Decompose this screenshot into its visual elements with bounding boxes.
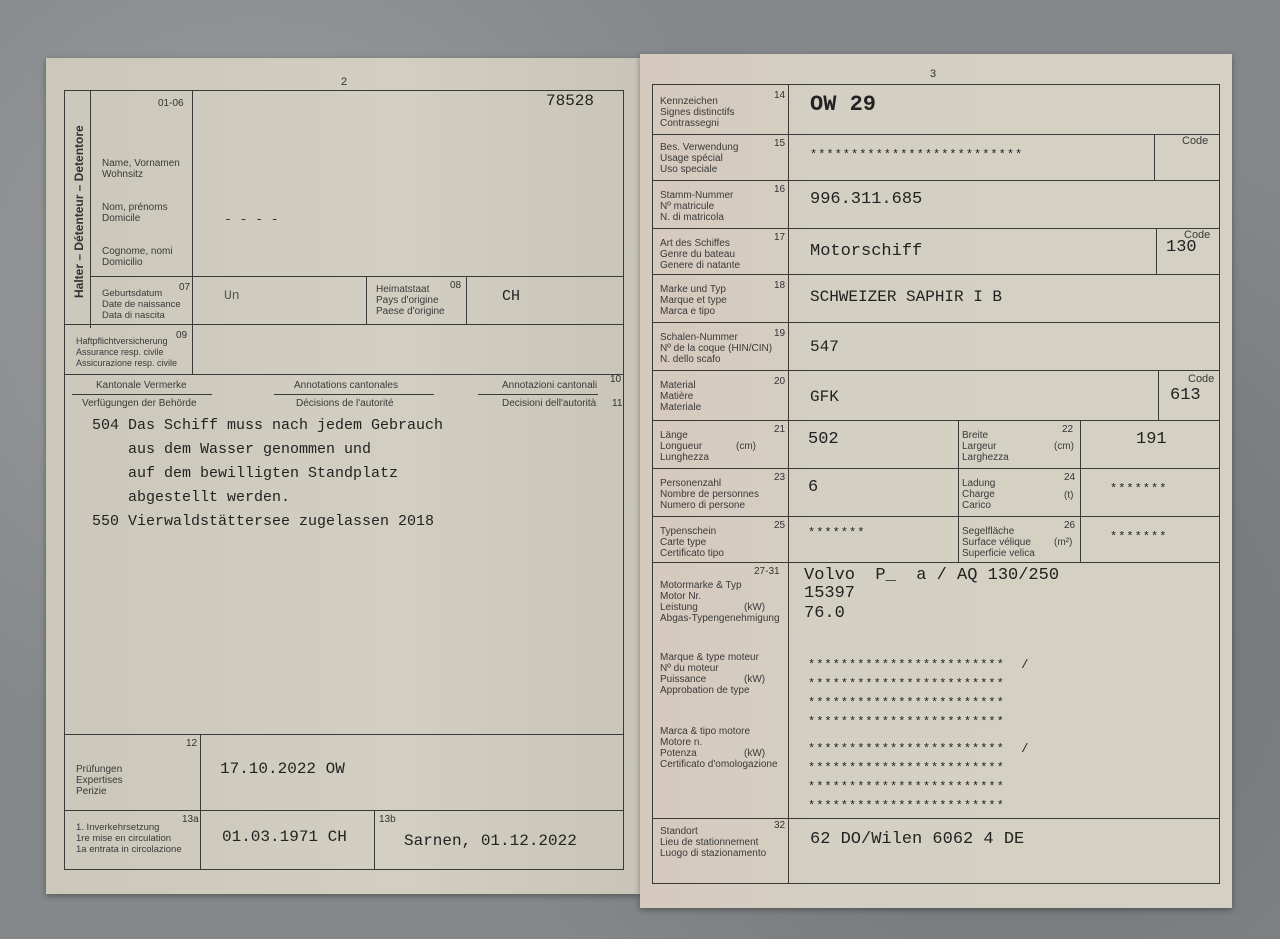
persons-value: 6	[808, 478, 818, 497]
length-label: LängeLongueurLunghezza	[660, 430, 709, 463]
make-type-value: SCHWEIZER SAPHIR I B	[810, 288, 1002, 306]
insurance-label: HaftpflichtversicherungAssurance resp. c…	[76, 336, 177, 369]
engine-make-type: Volvo P_ a / AQ 130/250	[804, 566, 1059, 585]
annotation-line: abgestellt werden.	[92, 486, 443, 510]
master-number-label: Stamm-NummerNº matriculeN. di matricola	[660, 190, 733, 223]
width-label: BreiteLargeurLarghezza	[962, 430, 1009, 463]
registration-label: KennzeichenSignes distinctifsContrassegn…	[660, 96, 734, 129]
record-number: 78528	[546, 92, 594, 110]
load-label: LadungChargeCarico	[962, 478, 995, 511]
first-registration-value: 01.03.1971 CH	[222, 828, 347, 846]
annotation-line: 550 Vierwaldstättersee zugelassen 2018	[92, 510, 443, 534]
width-value: 191	[1136, 430, 1167, 449]
birthdate-label: GeburtsdatumDate de naissanceData di nas…	[102, 288, 181, 321]
type-certificate-label: TypenscheinCarte typeCertificato tipo	[660, 526, 724, 559]
material-label: MaterialMatièreMateriale	[660, 380, 701, 413]
inspections-value: 17.10.2022 OW	[220, 760, 345, 778]
material-code: 613	[1170, 386, 1201, 405]
birthdate-value: Un	[224, 288, 240, 303]
first-registration-label: 1. Inverkehrsetzung1re mise en circulati…	[76, 822, 182, 855]
holder-name-value: - - - -	[224, 212, 279, 227]
boat-type-code: 130	[1166, 238, 1197, 257]
boat-type-label: Art des SchiffesGenre du bateauGenere di…	[660, 238, 740, 271]
origin-label: HeimatstaatPays d'originePaese d'origine	[376, 284, 445, 317]
material-value: GFK	[810, 388, 839, 406]
annotation-line: auf dem bewilligten Standplatz	[92, 462, 443, 486]
engine3-values: ************************ / *************…	[808, 740, 1029, 816]
special-use-label: Bes. VerwendungUsage spécialUso speciale	[660, 142, 738, 175]
origin-value: CH	[502, 288, 520, 305]
field-code: 01-06	[158, 98, 184, 109]
right-page: 3 14 KennzeichenSignes distinctifsContra…	[640, 54, 1232, 908]
location-label: StandortLieu de stationnementLuogo di st…	[660, 826, 766, 859]
place-date-value: Sarnen, 01.12.2022	[404, 832, 577, 850]
left-page: 2 Halter – Détenteur – Detentore 01-06 N…	[46, 58, 640, 894]
type-certificate-value: *******	[808, 526, 865, 540]
persons-label: PersonenzahlNombre de personnesNumero di…	[660, 478, 759, 511]
registration-plate: OW 29	[810, 92, 876, 117]
inspections-label: PrüfungenExpertisesPerizie	[76, 764, 123, 797]
hull-number-value: 547	[810, 338, 839, 356]
boat-type-value: Motorschiff	[810, 242, 922, 261]
sail-area-label: SegelflächeSurface véliqueSuperficie vel…	[962, 526, 1035, 559]
annotations-list: 504 Das Schiff muss nach jedem Gebrauch …	[92, 414, 443, 534]
engine-power: 76.0	[804, 604, 845, 623]
annotation-line: 504 Das Schiff muss nach jedem Gebrauch	[92, 414, 443, 438]
holder-section-title: Halter – Détenteur – Detentore	[72, 125, 86, 298]
location-value: 62 DO/Wilen 6062 4 DE	[810, 830, 1024, 849]
sail-area-value: *******	[1110, 530, 1167, 544]
name-label: Name, VornamenWohnsitz	[102, 158, 180, 180]
special-use-value: **************************	[810, 148, 1023, 162]
engine-number: 15397	[804, 584, 855, 603]
make-type-label: Marke und TypMarque et typeMarca e tipo	[660, 284, 727, 317]
hull-number-label: Schalen-NummerNº de la coque (HIN/CIN)N.…	[660, 332, 772, 365]
page-number: 3	[930, 68, 936, 80]
master-number-value: 996.311.685	[810, 190, 922, 209]
page-number: 2	[341, 76, 347, 88]
engine2-values: ************************ / *************…	[808, 656, 1029, 732]
load-value: *******	[1110, 482, 1167, 496]
length-value: 502	[808, 430, 839, 449]
annotation-line: aus dem Wasser genommen und	[92, 438, 443, 462]
